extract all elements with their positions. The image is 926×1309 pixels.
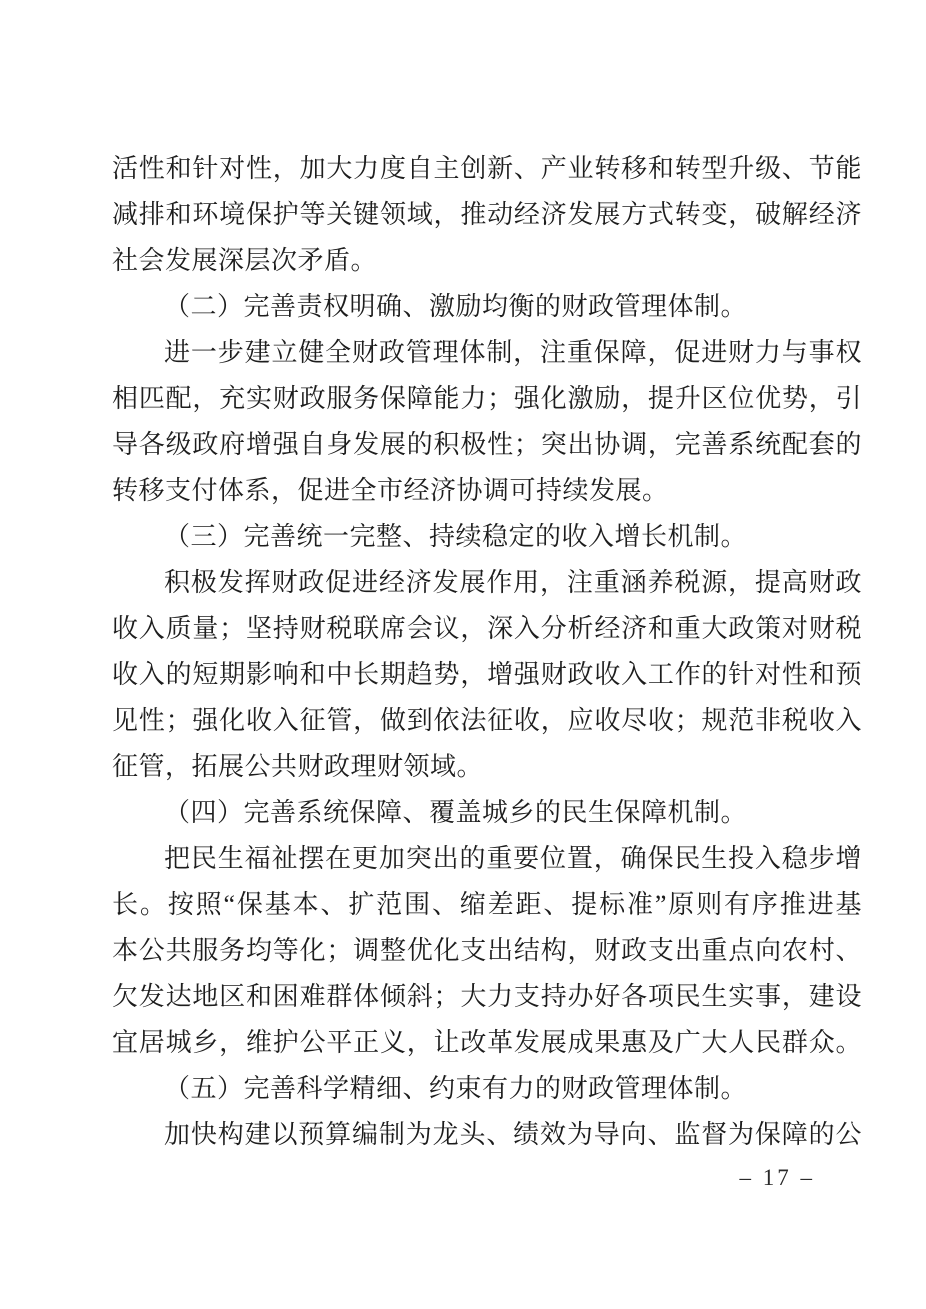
- section-heading: （三）完善统一完整、持续稳定的收入增长机制。: [112, 514, 862, 560]
- body-text-line: 进一步建立健全财政管理体制，注重保障，促进财力与事权: [112, 330, 862, 376]
- document-body: 活性和针对性，加大力度自主创新、产业转移和转型升级、节能 减排和环境保护等关键领…: [112, 146, 862, 1158]
- page-number: – 17 –: [0, 1158, 926, 1198]
- body-text-line: 积极发挥财政促进经济发展作用，注重涵养税源，提高财政: [112, 560, 862, 606]
- body-text-line: 见性；强化收入征管，做到依法征收，应收尽收；规范非税收入: [112, 698, 862, 744]
- section-heading: （四）完善系统保障、覆盖城乡的民生保障机制。: [112, 790, 862, 836]
- section-heading: （五）完善科学精细、约束有力的财政管理体制。: [112, 1066, 862, 1112]
- body-text-line: 欠发达地区和困难群体倾斜；大力支持办好各项民生实事，建设: [112, 974, 862, 1020]
- body-text-line: 转移支付体系，促进全市经济协调可持续发展。: [112, 468, 862, 514]
- body-text-line: 长。按照“保基本、扩范围、缩差距、提标准”原则有序推进基: [112, 882, 862, 928]
- body-text-line: 收入质量；坚持财税联席会议，深入分析经济和重大政策对财税: [112, 606, 862, 652]
- body-text-line: 加快构建以预算编制为龙头、绩效为导向、监督为保障的公: [112, 1112, 862, 1158]
- body-text-line: 相匹配，充实财政服务保障能力；强化激励，提升区位优势，引: [112, 376, 862, 422]
- body-text-line: 征管，拓展公共财政理财领域。: [112, 744, 862, 790]
- document-page: 活性和针对性，加大力度自主创新、产业转移和转型升级、节能 减排和环境保护等关键领…: [0, 0, 926, 1309]
- body-text-line: 导各级政府增强自身发展的积极性；突出协调，完善系统配套的: [112, 422, 862, 468]
- body-text-line: 收入的短期影响和中长期趋势，增强财政收入工作的针对性和预: [112, 652, 862, 698]
- body-text-line: 社会发展深层次矛盾。: [112, 238, 862, 284]
- body-text-line: 减排和环境保护等关键领域，推动经济发展方式转变，破解经济: [112, 192, 862, 238]
- body-text-line: 把民生福祉摆在更加突出的重要位置，确保民生投入稳步增: [112, 836, 862, 882]
- section-heading: （二）完善责权明确、激励均衡的财政管理体制。: [112, 284, 862, 330]
- body-text-line: 宜居城乡，维护公平正义，让改革发展成果惠及广大人民群众。: [112, 1020, 862, 1066]
- body-text-line: 活性和针对性，加大力度自主创新、产业转移和转型升级、节能: [112, 146, 862, 192]
- body-text-line: 本公共服务均等化；调整优化支出结构，财政支出重点向农村、: [112, 928, 862, 974]
